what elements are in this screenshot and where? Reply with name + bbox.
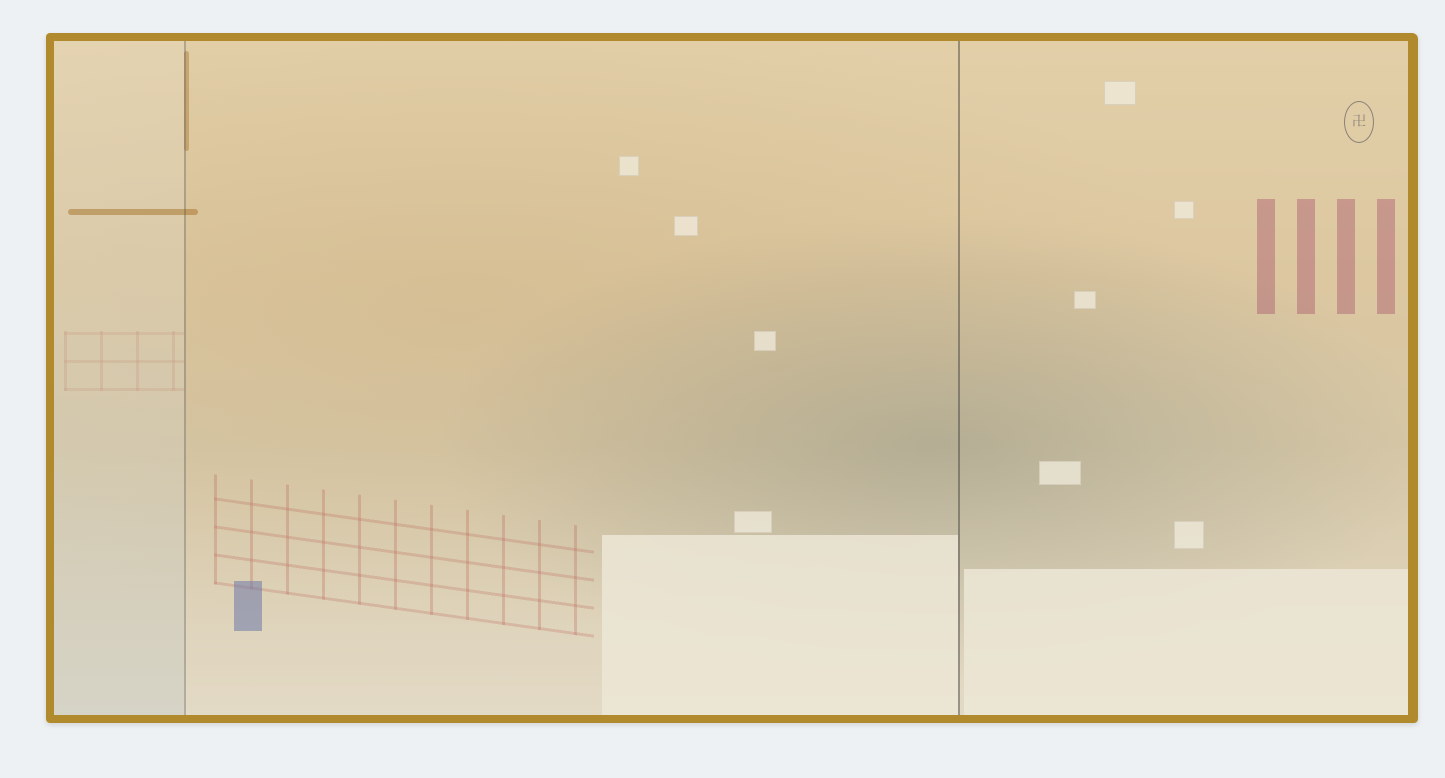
faded-pattern xyxy=(64,331,184,391)
tape-hinge xyxy=(674,216,698,236)
tape-hinge xyxy=(1174,201,1194,219)
faded-figure xyxy=(234,581,262,631)
tape-hinge xyxy=(619,156,639,176)
repair-patch xyxy=(602,535,958,715)
striped-awning xyxy=(1249,199,1399,314)
panel-seam xyxy=(184,41,186,715)
aged-paper: 卍 xyxy=(54,41,1408,715)
tape-hinge xyxy=(1039,461,1081,485)
artwork-backing: 卍 xyxy=(46,33,1418,723)
faded-fence xyxy=(214,474,594,637)
stain xyxy=(68,209,198,215)
tape-hinge xyxy=(1174,521,1204,549)
tape-hinge xyxy=(754,331,776,351)
repair-patch xyxy=(964,569,1408,715)
tape-hinge xyxy=(1074,291,1096,309)
tape-hinge xyxy=(1104,81,1136,105)
panel-seam xyxy=(958,41,960,715)
tape-hinge xyxy=(734,511,772,533)
collector-stamp: 卍 xyxy=(1344,101,1374,143)
